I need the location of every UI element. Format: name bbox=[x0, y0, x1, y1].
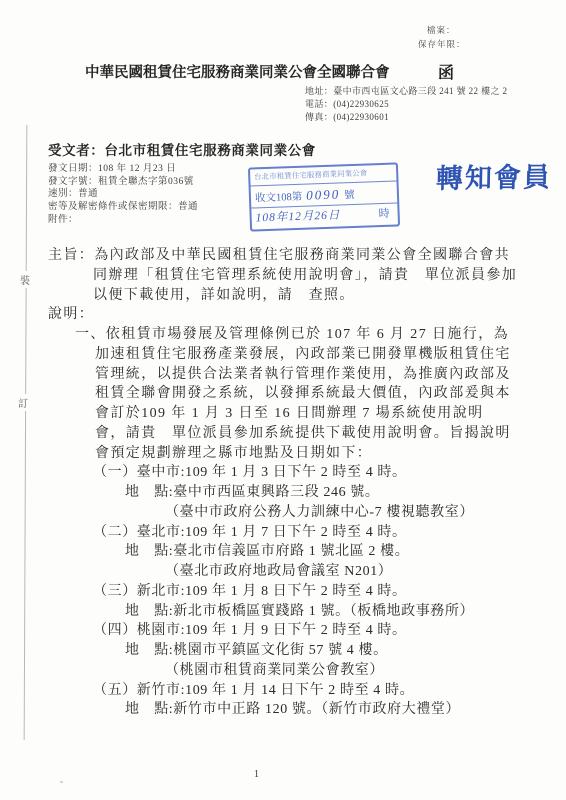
session-taichung-venue: （臺中市政府公務人力訓練中心-7 樓視聽教室） bbox=[48, 503, 526, 523]
subject-line: 同辦理「租賃住宅管理系統使用說明會」，請貴 單位派員參加 bbox=[48, 266, 526, 286]
session-hsinchu-location: 地 點:新竹市中正路 120 號。（新竹市政府大禮堂） bbox=[48, 700, 526, 720]
forward-to-members-note: 轉知會員 bbox=[436, 155, 553, 196]
session-hsinchu-date: （五）新竹市:109 年 1 月 14 日下午 2 時至 4 時。 bbox=[48, 681, 526, 701]
subject-line: 主旨：為內政部及中華民國租賃住宅服務商業同業公會全國聯合會共 bbox=[48, 246, 526, 266]
dispatch-number: 發文字號：租賃全聯杰字第036號 bbox=[48, 176, 198, 189]
session-taichung-location: 地 點:臺中市西區東興路三段 246 號。 bbox=[48, 483, 526, 503]
issuer-fax: 傳真：(04)22930601 bbox=[305, 111, 507, 124]
session-taipei-date: （二）臺北市:109 年 1 月 7 日下午 2 時至 4 時。 bbox=[48, 523, 526, 543]
session-taoyuan-location: 地 點:桃園市平鎮區文化街 57 號 4 樓。 bbox=[48, 641, 526, 661]
issuer-phone: 電話：(04)22930625 bbox=[305, 98, 507, 111]
receipt-stamp: 台北市租賃住宅服務商業同業公會 收文108第0090號 108年12月26日時 bbox=[248, 162, 400, 231]
session-taoyuan-date: （四）桃園市:109 年 1 月 9 日下午 2 時至 4 時。 bbox=[48, 621, 526, 641]
dispatch-date: 發文日期：108 年 12 月23 日 bbox=[48, 163, 198, 176]
issuer-contact-block: 地址：臺中市西屯區文心路三段 241 號 22 樓之 2 電話：(04)2293… bbox=[305, 85, 507, 125]
issuer-org-title: 中華民國租賃住宅服務商業同業公會全國聯合會 bbox=[85, 61, 390, 82]
subject-line: 以便下載使用，詳如說明，請 查照。 bbox=[48, 286, 526, 306]
issuer-address: 地址：臺中市西屯區文心路三段 241 號 22 樓之 2 bbox=[305, 85, 507, 98]
explanation-line: 管理統，以提供合法業者執行管理作業使用，為推廣內政部及 bbox=[48, 365, 526, 385]
explanation-line: 加速租賃住宅服務產業發展，內政部業已開發單機版租賃住宅 bbox=[48, 345, 526, 365]
document-type-letter: 函 bbox=[438, 60, 454, 83]
binding-margin-line bbox=[24, 125, 28, 740]
binding-char-ding: 訂 bbox=[18, 394, 28, 411]
explanation-line: 會訂於109 年 1 月 3 日至 16 日間辦理 7 場系統使用說明 bbox=[48, 404, 526, 424]
stamp-handwritten-date: 108年12月26日 bbox=[255, 209, 340, 224]
dispatch-meta-block: 發文日期：108 年 12 月23 日 發文字號：租賃全聯杰字第036號 速別：… bbox=[48, 163, 198, 227]
letter-body: 主旨：為內政部及中華民國租賃住宅服務商業同業公會全國聯合會共 同辦理「租賃住宅管… bbox=[48, 246, 526, 720]
explanation-header: 說明： bbox=[48, 305, 526, 325]
attachment-label: 附件： bbox=[48, 214, 198, 227]
session-taipei-location: 地 點:臺北市信義區市府路 1 號北區 2 樓。 bbox=[48, 542, 526, 562]
priority: 速別：普通 bbox=[48, 188, 198, 201]
session-taichung-date: （一）臺中市:109 年 1 月 3 日下午 2 時至 4 時。 bbox=[48, 463, 526, 483]
explanation-line: 租賃全聯會開發之系統，以發揮系統最大價值，內政部爰與本 bbox=[48, 384, 526, 404]
recipient-line: 受文者：台北市租賃住宅服務商業同業公會 bbox=[48, 139, 316, 159]
binding-char-zhuang: 裝 bbox=[20, 271, 30, 288]
session-newtaipei-location: 地 點:新北市板橋區實踐路 1 號。（板橋地政事務所） bbox=[48, 602, 526, 622]
session-taipei-venue: （臺北市政府地政局會議室 N201） bbox=[48, 562, 526, 582]
page-number: 1 bbox=[254, 769, 259, 780]
classification: 密等及解密條件或保密期限：普通 bbox=[48, 201, 198, 214]
stamp-receipt-prefix: 收文108第 bbox=[255, 192, 303, 205]
scan-speck bbox=[60, 781, 63, 783]
stamp-handwritten-number: 0090 bbox=[302, 186, 344, 202]
session-newtaipei-date: （三）新北市:109 年 1 月 8 日下午 2 時至 4 時。 bbox=[48, 582, 526, 602]
retention-label: 保存年限： bbox=[418, 38, 466, 50]
stamp-receipt-suffix: 號 bbox=[344, 190, 355, 201]
stamp-time-label: 時 bbox=[378, 204, 394, 225]
file-label: 檔案： bbox=[427, 24, 456, 36]
explanation-line: 會預定規劃辦理之縣市地點及日期如下： bbox=[48, 444, 526, 464]
explanation-line: 一、依租賃市場發展及管理條例已於 107 年 6 月 27 日施行，為 bbox=[48, 325, 526, 345]
explanation-line: 會，請貴 單位派員參加系統提供下載使用說明會。旨揭說明 bbox=[48, 424, 526, 444]
session-taoyuan-venue: （桃園市租賃商業同業公會教室） bbox=[48, 661, 526, 681]
scanned-official-letter: 檔案： 保存年限： 中華民國租賃住宅服務商業同業公會全國聯合會 函 地址：臺中市… bbox=[0, 0, 566, 800]
